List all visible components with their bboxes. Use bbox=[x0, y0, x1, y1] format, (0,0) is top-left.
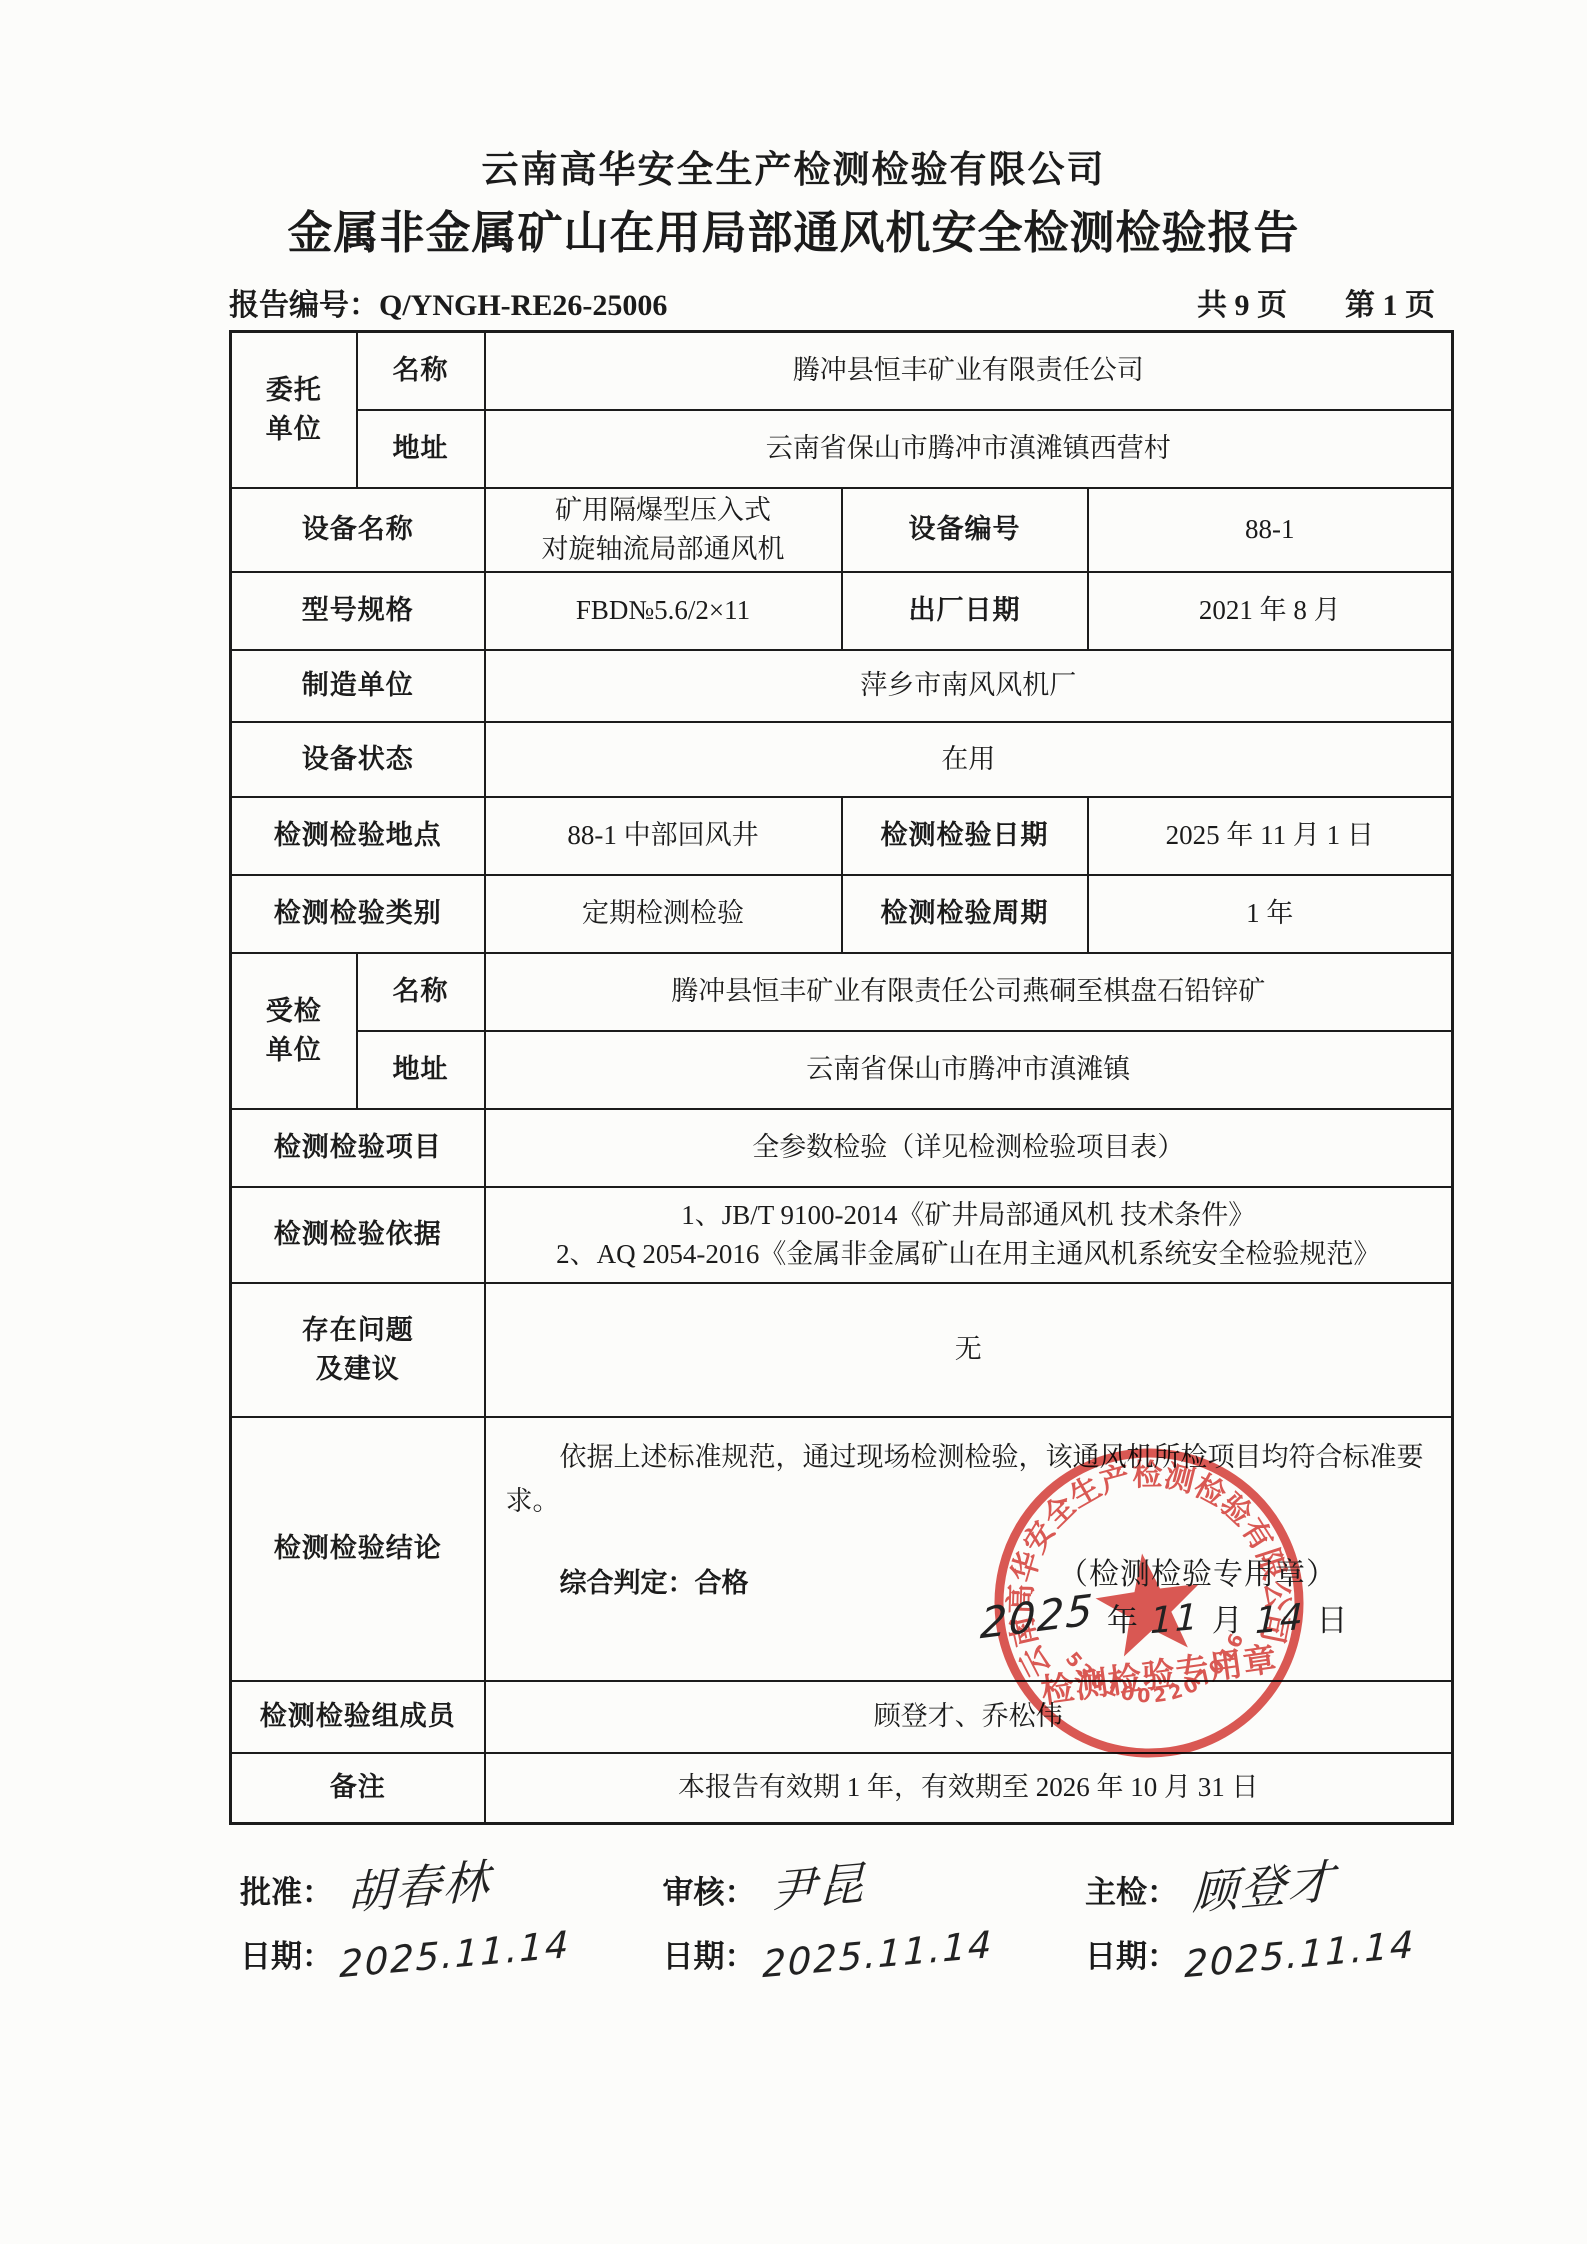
model-label-cell: 型号规格 bbox=[231, 572, 485, 650]
table-row: 地址 云南省保山市腾冲市滇滩镇西营村 bbox=[231, 410, 1453, 488]
table-row: 检测检验类别 定期检测检验 检测检验周期 1 年 bbox=[231, 875, 1453, 953]
report-number: 报告编号：Q/YNGH-RE26-25006 bbox=[229, 280, 667, 324]
status-label-cell: 设备状态 bbox=[231, 722, 485, 797]
page-current: 第 1 页 bbox=[1345, 280, 1435, 324]
type-value-cell: 定期检测检验 bbox=[485, 875, 842, 953]
approve-date-line: 日期： 2025.11.14 bbox=[240, 1931, 625, 1976]
cycle-label-cell: 检测检验周期 bbox=[842, 875, 1088, 953]
conclusion-label-cell: 检测检验结论 bbox=[231, 1417, 485, 1681]
approve-signature: 胡春林 bbox=[347, 1844, 492, 1923]
year-unit: 年 bbox=[1107, 1595, 1138, 1640]
problems-value-cell: 无 bbox=[485, 1283, 1453, 1417]
table-row: 设备名称 矿用隔爆型压入式 对旋轴流局部通风机 设备编号 88-1 bbox=[231, 488, 1453, 572]
items-label-cell: 检测检验项目 bbox=[231, 1109, 485, 1187]
report-number-value: Q/YNGH-RE26-25006 bbox=[379, 289, 667, 322]
chief-signature-column: 主检： 顾登才 日期： 2025.11.14 bbox=[1085, 1851, 1470, 1990]
equip-name-line1: 矿用隔爆型压入式 bbox=[492, 491, 835, 530]
stamp-note-text: （检测检验专用章） bbox=[1058, 1549, 1337, 1593]
basis-value-cell: 1、JB/T 9100-2014《矿井局部通风机 技术条件》 2、AQ 2054… bbox=[485, 1187, 1453, 1283]
subject-addr-label-cell: 地址 bbox=[357, 1031, 485, 1109]
equip-name-value-cell: 矿用隔爆型压入式 对旋轴流局部通风机 bbox=[485, 488, 842, 572]
client-addr-value-cell: 云南省保山市腾冲市滇滩镇西营村 bbox=[485, 410, 1453, 488]
subject-group-label-line1: 受检 bbox=[238, 992, 350, 1031]
month-unit: 月 bbox=[1212, 1595, 1243, 1640]
table-row: 检测检验项目 全参数检验（详见检测检验项目表） bbox=[231, 1109, 1453, 1187]
remark-value-cell: 本报告有效期 1 年，有效期至 2026 年 10 月 31 日 bbox=[485, 1753, 1453, 1823]
page-indicator: 共 9 页 第 1 页 bbox=[1197, 280, 1451, 324]
approve-date: 2025.11.14 bbox=[339, 1922, 571, 1985]
conclusion-date-month: 11 bbox=[1150, 1597, 1200, 1643]
conclusion-date-year: 2025 bbox=[979, 1585, 1096, 1649]
report-page: 云南高华安全生产检测检验有限公司 金属非金属矿山在用局部通风机安全检测检验报告 … bbox=[0, 0, 1587, 2244]
company-title: 云南高华安全生产检测检验有限公司 bbox=[0, 148, 1587, 194]
table-row: 型号规格 FBD№5.6/2×11 出厂日期 2021 年 8 月 bbox=[231, 572, 1453, 650]
equip-name-line2: 对旋轴流局部通风机 bbox=[492, 530, 835, 569]
items-value-cell: 全参数检验（详见检测检验项目表） bbox=[485, 1109, 1453, 1187]
status-value-cell: 在用 bbox=[485, 722, 1453, 797]
table-row: 存在问题 及建议 无 bbox=[231, 1283, 1453, 1417]
subject-group-label-line2: 单位 bbox=[238, 1031, 350, 1070]
mfg-date-label-cell: 出厂日期 bbox=[842, 572, 1088, 650]
client-name-label-cell: 名称 bbox=[357, 332, 485, 410]
table-row: 设备状态 在用 bbox=[231, 722, 1453, 797]
basis-label-cell: 检测检验依据 bbox=[231, 1187, 485, 1283]
table-row: 委托 单位 名称 腾冲县恒丰矿业有限责任公司 bbox=[231, 332, 1453, 410]
table-row: 受检 单位 名称 腾冲县恒丰矿业有限责任公司燕硐至棋盘石铅锌矿 bbox=[231, 953, 1453, 1031]
day-unit: 日 bbox=[1317, 1595, 1348, 1640]
review-signature: 尹昆 bbox=[769, 1846, 866, 1921]
chief-date-line: 日期： 2025.11.14 bbox=[1085, 1931, 1470, 1976]
conclusion-date-day: 14 bbox=[1254, 1597, 1304, 1643]
signature-block: 批准： 胡春林 日期： 2025.11.14 审核： 尹昆 日期： 2025.1… bbox=[240, 1851, 1470, 1990]
client-group-label-line1: 委托 bbox=[238, 371, 350, 410]
subject-addr-value-cell: 云南省保山市腾冲市滇滩镇 bbox=[485, 1031, 1453, 1109]
location-value-cell: 88-1 中部回风井 bbox=[485, 797, 842, 875]
table-row: 备注 本报告有效期 1 年，有效期至 2026 年 10 月 31 日 bbox=[231, 1753, 1453, 1823]
report-meta-row: 报告编号：Q/YNGH-RE26-25006 共 9 页 第 1 页 bbox=[229, 280, 1451, 324]
client-group-cell: 委托 单位 bbox=[231, 332, 357, 488]
problems-label-cell: 存在问题 及建议 bbox=[231, 1283, 485, 1417]
chief-date-label: 日期： bbox=[1085, 1931, 1178, 1976]
report-title: 金属非金属矿山在用局部通风机安全检测检验报告 bbox=[0, 206, 1587, 260]
subject-name-label-cell: 名称 bbox=[357, 953, 485, 1031]
review-signature-column: 审核： 尹昆 日期： 2025.11.14 bbox=[663, 1851, 1048, 1990]
chief-label: 主检： bbox=[1085, 1867, 1178, 1912]
chief-date: 2025.11.14 bbox=[1184, 1922, 1416, 1985]
client-group-label-line2: 单位 bbox=[238, 410, 350, 449]
review-date: 2025.11.14 bbox=[762, 1922, 994, 1985]
pages-total: 共 9 页 bbox=[1197, 280, 1287, 324]
report-number-label: 报告编号： bbox=[229, 289, 379, 322]
subject-group-cell: 受检 单位 bbox=[231, 953, 357, 1109]
approve-signature-column: 批准： 胡春林 日期： 2025.11.14 bbox=[240, 1851, 625, 1990]
table-row: 制造单位 萍乡市南风风机厂 bbox=[231, 650, 1453, 722]
subject-name-value-cell: 腾冲县恒丰矿业有限责任公司燕硐至棋盘石铅锌矿 bbox=[485, 953, 1453, 1031]
maker-label-cell: 制造单位 bbox=[231, 650, 485, 722]
review-label: 审核： bbox=[663, 1867, 756, 1912]
equip-no-label-cell: 设备编号 bbox=[842, 488, 1088, 572]
conclusion-date: 2025 年 11 月 14 日 bbox=[980, 1592, 1348, 1641]
insp-date-label-cell: 检测检验日期 bbox=[842, 797, 1088, 875]
insp-date-value-cell: 2025 年 11 月 1 日 bbox=[1088, 797, 1453, 875]
equip-no-value-cell: 88-1 bbox=[1088, 488, 1453, 572]
cycle-value-cell: 1 年 bbox=[1088, 875, 1453, 953]
problems-label-line1: 存在问题 bbox=[238, 1311, 478, 1350]
review-name-line: 审核： 尹昆 bbox=[663, 1851, 1048, 1917]
client-addr-label-cell: 地址 bbox=[357, 410, 485, 488]
table-row: 检测检验地点 88-1 中部回风井 检测检验日期 2025 年 11 月 1 日 bbox=[231, 797, 1453, 875]
remark-label-cell: 备注 bbox=[231, 1753, 485, 1823]
problems-label-line2: 及建议 bbox=[238, 1350, 478, 1389]
report-header: 云南高华安全生产检测检验有限公司 金属非金属矿山在用局部通风机安全检测检验报告 … bbox=[0, 0, 1587, 324]
maker-value-cell: 萍乡市南风风机厂 bbox=[485, 650, 1453, 722]
team-label-cell: 检测检验组成员 bbox=[231, 1681, 485, 1753]
review-date-label: 日期： bbox=[663, 1931, 756, 1976]
table-row: 检测检验依据 1、JB/T 9100-2014《矿井局部通风机 技术条件》 2、… bbox=[231, 1187, 1453, 1283]
equip-name-label-cell: 设备名称 bbox=[231, 488, 485, 572]
basis-line1: 1、JB/T 9100-2014《矿井局部通风机 技术条件》 bbox=[492, 1196, 1446, 1235]
chief-signature: 顾登才 bbox=[1192, 1844, 1337, 1923]
table-row: 地址 云南省保山市腾冲市滇滩镇 bbox=[231, 1031, 1453, 1109]
mfg-date-value-cell: 2021 年 8 月 bbox=[1088, 572, 1453, 650]
approve-label: 批准： bbox=[240, 1867, 333, 1912]
type-label-cell: 检测检验类别 bbox=[231, 875, 485, 953]
model-value-cell: FBD№5.6/2×11 bbox=[485, 572, 842, 650]
basis-line2: 2、AQ 2054-2016《金属非金属矿山在用主通风机系统安全检验规范》 bbox=[492, 1235, 1446, 1274]
client-name-value-cell: 腾冲县恒丰矿业有限责任公司 bbox=[485, 332, 1453, 410]
chief-name-line: 主检： 顾登才 bbox=[1085, 1851, 1470, 1917]
location-label-cell: 检测检验地点 bbox=[231, 797, 485, 875]
review-date-line: 日期： 2025.11.14 bbox=[663, 1931, 1048, 1976]
approve-name-line: 批准： 胡春林 bbox=[240, 1851, 625, 1917]
approve-date-label: 日期： bbox=[240, 1931, 333, 1976]
